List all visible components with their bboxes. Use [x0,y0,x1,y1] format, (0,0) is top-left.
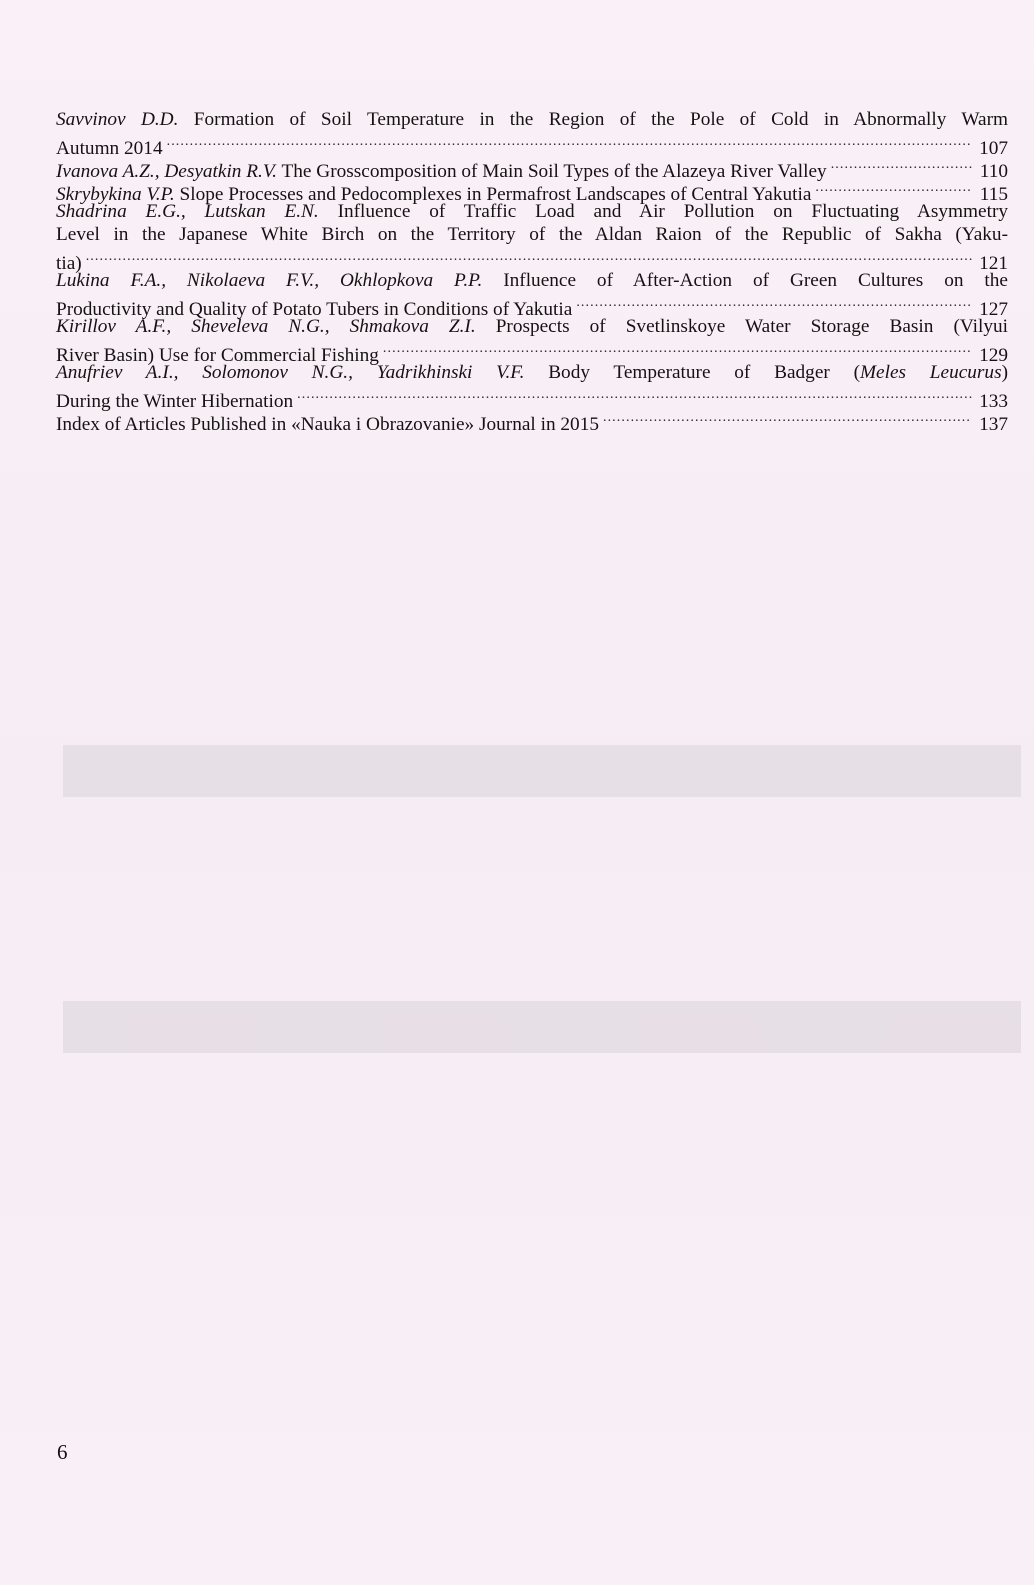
toc-entry[interactable]: Savvinov D.D. Formation of Soil Temperat… [56,108,1008,154]
bleed-through-band [63,1001,1021,1053]
toc-entry-line: Productivity and Quality of Potato Tuber… [56,292,1008,315]
dot-leader [86,246,972,269]
toc-entry-authors: Savvinov D.D. [56,109,178,130]
toc-entry-title: Formation of Soil Temperature in the Reg… [194,109,1008,130]
dot-leader [576,292,972,315]
toc-entry-title: Prospects of Svetlinskoye Water Storage … [496,316,1008,337]
toc-entry-line: Shadrina E.G., Lutskan E.N. Influence of… [56,200,1008,223]
toc-entry-line: Ivanova A.Z., Desyatkin R.V. The Grossco… [56,154,1008,177]
toc-entry-page: 107 [976,137,1008,160]
dot-leader [167,131,972,154]
toc-entry-title: Body Temperature of Badger ( [548,362,860,383]
toc-entry-line: Autumn 2014 107 [56,131,1008,154]
dot-leader [383,338,972,361]
toc-entry-title-close: ) [1002,362,1008,383]
dot-leader [603,407,972,430]
toc-entry-page: 133 [976,390,1008,413]
toc-entry-title: Index of Articles Published in «Nauka i … [56,413,599,436]
toc-entry-authors: Ivanova A.Z., Desyatkin R.V. [56,161,277,182]
toc-entry[interactable]: Kirillov A.F., Sheveleva N.G., Shmakova … [56,315,1008,361]
scanned-page: Savvinov D.D. Formation of Soil Temperat… [0,0,1034,1585]
toc-entry-title-cont: Level in the Japanese White Birch on the… [56,224,1008,245]
toc-entry-species: Meles Leucurus [860,362,1002,383]
bleed-through-band [63,745,1021,797]
toc-entry-line: River Basin) Use for Commercial Fishing … [56,338,1008,361]
dot-leader [815,177,972,200]
toc-entry-authors: Lukina F.A., Nikolaeva F.V., Okhlopkova … [56,270,482,291]
toc-entry-authors: Kirillov A.F., Sheveleva N.G., Shmakova … [56,316,476,337]
toc-entry-line: Lukina F.A., Nikolaeva F.V., Okhlopkova … [56,269,1008,292]
table-of-contents: Savvinov D.D. Formation of Soil Temperat… [56,108,1008,430]
dot-leader [297,384,972,407]
toc-entry-line: Savvinov D.D. Formation of Soil Temperat… [56,108,1008,131]
toc-entry-authors: Anufriev A.I., Solomonov N.G., Yadrikhin… [56,362,524,383]
toc-entry-page: 110 [976,160,1008,183]
toc-entry[interactable]: Ivanova A.Z., Desyatkin R.V. The Grossco… [56,154,1008,177]
toc-entry-title-cont: During the Winter Hibernation [56,390,293,413]
toc-entry-title: Influence of Traffic Load and Air Pollut… [338,201,1008,222]
toc-entry-line: Level in the Japanese White Birch on the… [56,223,1008,246]
toc-entry[interactable]: Lukina F.A., Nikolaeva F.V., Okhlopkova … [56,269,1008,315]
toc-entry-line: tia) 121 [56,246,1008,269]
toc-entry-title-cont: Autumn 2014 [56,137,163,160]
toc-entry-line: During the Winter Hibernation 133 [56,384,1008,407]
dot-leader [831,154,972,177]
toc-entry-title: Influence of After-Action of Green Cultu… [503,270,1008,291]
page-number: 6 [57,1440,68,1465]
toc-entry[interactable]: Anufriev A.I., Solomonov N.G., Yadrikhin… [56,361,1008,407]
toc-entry[interactable]: Shadrina E.G., Lutskan E.N. Influence of… [56,200,1008,269]
toc-entry-line: Kirillov A.F., Sheveleva N.G., Shmakova … [56,315,1008,338]
toc-entry-line: Anufriev A.I., Solomonov N.G., Yadrikhin… [56,361,1008,384]
toc-entry-title: The Grosscomposition of Main Soil Types … [281,161,826,182]
toc-entry-authors: Shadrina E.G., Lutskan E.N. [56,201,319,222]
toc-entry-page: 137 [976,413,1008,436]
